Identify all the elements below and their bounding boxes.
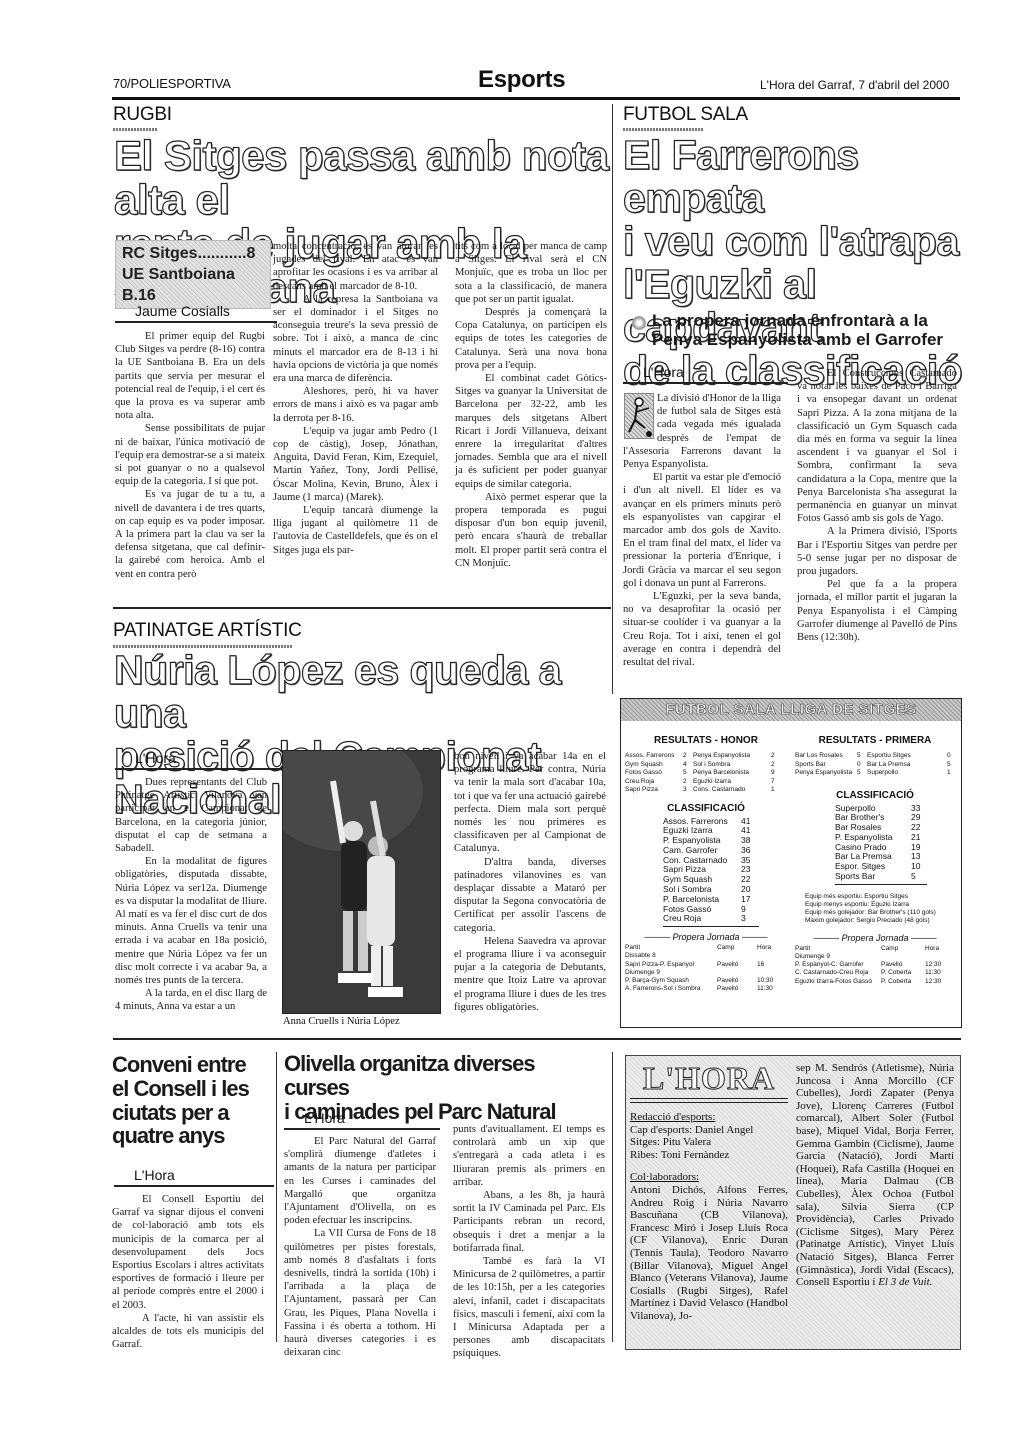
home-team: Sports Bar: [795, 761, 857, 770]
column-divider: [612, 1052, 613, 1342]
venue: Pavelló: [717, 977, 757, 985]
paragraph: punts d'avituallament. El temps es contr…: [453, 1123, 605, 1189]
honor-division: RESULTATS - HONOR Assos. Farrerons2Penya…: [625, 735, 787, 993]
away-team: Sol i Sombra: [693, 761, 771, 770]
away-score: 9: [771, 769, 775, 778]
collab-text: Antoni Dichós, Alfons Ferres, Andreu Roi…: [630, 1184, 788, 1323]
paragraph: Es va jugar de tu a tu, a nivell de dava…: [115, 488, 265, 580]
paragraph: A l'acte, hi van assistir els alcaldes d…: [112, 1312, 264, 1352]
ribes-value: Toni Fernàndez: [661, 1149, 730, 1161]
match: C. Castarnado-Creu Roja: [795, 969, 881, 977]
next-round-label: Propera Jornada: [672, 932, 739, 942]
next-round-row: Sapri Pizza-P. EspanyolPavelló16: [625, 961, 787, 969]
next-round-header: PartitCampHora: [795, 945, 955, 953]
ribes-label: Ribes:: [630, 1149, 658, 1161]
away-team: Esportiu Sitges: [867, 752, 947, 761]
away-score: 1: [947, 769, 951, 778]
match: P. Espanyol-C. Garrofer: [795, 961, 881, 969]
result-row: Sapri Pizza3Cons. Castarnado1: [625, 786, 787, 795]
paragraph: Sense possibilitats de pujar ni de baixa…: [115, 422, 265, 488]
olivella-col1: El Parc Natural del Garraf s'omplirà diu…: [284, 1135, 436, 1359]
section-label-rugbi: RUGBI: [113, 104, 172, 126]
headline-line: ciutats per a: [112, 1101, 272, 1125]
paragraph: bon nivell i va acabar 14a en el program…: [454, 750, 606, 856]
honor-results-title: RESULTATS - HONOR: [625, 735, 787, 746]
home-score: 5: [857, 752, 867, 761]
match: Diumenge 9: [795, 953, 881, 961]
award-line: Màxim golejador: Sergio Preciado (48 gol…: [805, 917, 955, 925]
headline-line: El Farrerons empata: [623, 134, 973, 220]
points: 5: [911, 872, 916, 882]
league-table-title: FUTBOL SALA LLIGA DE SITGES: [621, 699, 961, 721]
col-header: Hora: [757, 944, 771, 952]
home-score: 0: [857, 761, 867, 770]
away-score: 7: [771, 778, 775, 787]
credits-box: L'HORA Redacció d'esports: Cap d'esports…: [625, 1055, 961, 1350]
venue: [881, 953, 925, 961]
credits-col1: L'HORA Redacció d'esports: Cap d'esports…: [630, 1060, 788, 1323]
result-row: Creu Roja2Eguzki Izarra7: [625, 778, 787, 787]
match: Sapri Pizza-P. Espanyol: [625, 961, 717, 969]
skaters-photo: [282, 750, 441, 1014]
primera-results: Bar Los Rosales5Esportiu Sitges0 Sports …: [795, 752, 955, 778]
home-score: 3: [683, 786, 693, 795]
paragraph: L'Eguzki, per la seva banda, no va desap…: [623, 590, 781, 669]
away-team: Cons. Castarnado: [693, 786, 771, 795]
paragraph: La divisió d'Honor de la lliga de futbol…: [623, 392, 781, 471]
next-round-row: P. Espanyol-C. GarroferPavelló12:30: [795, 961, 955, 969]
time: 10:30: [757, 977, 773, 985]
paragraph: A la represa la Santboiana va ser el dom…: [273, 293, 438, 385]
team-name: Sports Bar: [835, 872, 911, 882]
section-label-futbol-sala: FUTBOL SALA: [623, 104, 748, 126]
venue: P. Coberta: [881, 978, 925, 986]
result-row: Penya Espanyolista5Superpollo1: [795, 769, 955, 778]
home-score: 5: [683, 769, 693, 778]
ribes-line: Ribes: Toni Fernàndez: [630, 1149, 788, 1162]
paragraph: La VII Cursa de Fons de 18 quilòmetres p…: [284, 1227, 436, 1359]
redaccio-block: Redacció d'esports: Cap d'esports: Danie…: [630, 1111, 788, 1323]
cap-line: Cap d'esports: Daniel Angel: [630, 1124, 788, 1137]
sitges-line: Sitges: Pitu Valera: [630, 1136, 788, 1149]
home-team: Fotos Gassó: [625, 769, 683, 778]
away-team: Eguzki Izarra: [693, 778, 771, 787]
home-team: Sapri Pizza: [625, 786, 683, 795]
paragraph: Això permet esperar que la propera tempo…: [455, 491, 607, 570]
subhead-line: La propera jornada enfrontarà a la: [652, 311, 943, 330]
away-score: 5: [947, 761, 951, 770]
paragraph: En la modalitat de figures obligatòries,…: [115, 855, 267, 987]
home-score: 5: [857, 769, 867, 778]
paragraph: tits com a local per manca de camp a Sit…: [455, 240, 607, 306]
headline-line: quatre anys: [112, 1124, 272, 1148]
award-line: Equip més golejador: Bar Brother's (110 …: [805, 909, 955, 917]
points: 3: [741, 914, 746, 924]
paragraph: Dues representants del Club Patinatge Ar…: [115, 776, 267, 855]
primera-division: RESULTATS - PRIMERA Bar Los Rosales5Espo…: [795, 735, 955, 986]
primera-next-round-title: ──── Propera Jornada ────: [795, 933, 955, 943]
bullet-icon: [632, 316, 646, 330]
cap-label: Cap d'esports:: [630, 1124, 692, 1136]
paragraph: Després ja començarà la Copa Catalunya, …: [455, 306, 607, 372]
sitges-label: Sitges:: [630, 1136, 660, 1148]
patinatge-col3: bon nivell i va acabar 14a en el program…: [454, 750, 606, 1014]
time: 16: [757, 961, 764, 969]
team-name: Creu Roja: [663, 914, 741, 924]
next-round-header: PartitCampHora: [625, 944, 787, 952]
paragraph: El Construccions Castarnado va notar les…: [797, 367, 957, 525]
paragraph: El Consell Esportiu del Garraf va signar…: [112, 1193, 264, 1312]
rugbi-col3: tits com a local per manca de camp a Sit…: [455, 240, 607, 570]
home-team: Penya Espanyolista: [795, 769, 857, 778]
honor-next-round-title: ──── Propera Jornada ────: [625, 932, 787, 942]
credits-col2: sep M. Sendrós (Atletisme), Núria Juncos…: [796, 1062, 954, 1289]
publication-date: L'Hora del Garraf, 7 d'abril del 2000: [760, 78, 949, 92]
paragraph: El partit va estar ple d'emoció i d'un a…: [623, 471, 781, 590]
match: P. Barça-Gym Squash: [625, 977, 717, 985]
futbol-sala-headline: El Farrerons empata i veu com l'atrapa l…: [623, 134, 973, 392]
away-team: Penya Espanyolista: [693, 752, 771, 761]
home-team: Creu Roja: [625, 778, 683, 787]
rugbi-byline: Jaume Cosialls: [115, 303, 277, 323]
article-rule: [113, 607, 611, 609]
time: 12:30: [925, 961, 941, 969]
next-round-row: Dissabte 8: [625, 952, 787, 960]
primera-next-round-table: PartitCampHora Diumenge 9 P. Espanyol-C.…: [795, 945, 955, 986]
paragraph: Helena Saavedra va aprovar el programa l…: [454, 935, 606, 1014]
honor-results: Assos. Farrerons2Penya Espanyolista2 Gym…: [625, 752, 787, 795]
home-team: Assos. Farrerons: [625, 752, 683, 761]
award-line: Equip més esportiu: Esportiu Sitges: [805, 893, 955, 901]
sitges-value: Pitu Valera: [663, 1136, 711, 1148]
home-score: 2: [683, 752, 693, 761]
primera-results-title: RESULTATS - PRIMERA: [795, 735, 955, 746]
patinatge-byline: L'Hora: [115, 750, 283, 770]
paragraph: L'equip tancarà diumenge la lliga jugant…: [273, 504, 438, 557]
masthead-rule: [112, 97, 960, 100]
rugbi-scorebox: RC Sitges...........8 UE Santboiana B.16: [115, 240, 271, 309]
futbol-sala-subhead: La propera jornada enfrontarà a la Penya…: [652, 311, 943, 349]
match: Diumenge 9: [625, 969, 717, 977]
standings-row: Creu Roja3: [663, 914, 759, 924]
away-team: Bar La Premsa: [867, 761, 947, 770]
paragraph: molta concentració, es van aturar les ju…: [273, 240, 438, 293]
conveni-byline: L'Hora: [114, 1167, 274, 1187]
result-row: Fotos Gassó5Penya Barcelonista9: [625, 769, 787, 778]
venue: Pavelló: [717, 961, 757, 969]
photo-caption: Anna Cruells i Núria López: [283, 1016, 400, 1027]
home-score: 4: [683, 761, 693, 770]
collab-text: sep M. Sendrós (Atletisme), Núria Juncos…: [796, 1062, 954, 1288]
headline-line: El Sitges passa amb nota alta el: [114, 134, 614, 222]
venue: Pavelló: [881, 961, 925, 969]
headline-line: Núria López es queda a una: [114, 649, 614, 735]
dropcap-spacer: [623, 392, 657, 438]
home-team: Gym Squash: [625, 761, 683, 770]
league-table-box: FUTBOL SALA LLIGA DE SITGES RESULTATS - …: [620, 698, 962, 1028]
venue: [717, 952, 757, 960]
away-team: Penya Barcelonista: [693, 769, 771, 778]
lhora-logo: L'HORA: [630, 1060, 788, 1096]
paragraph: D'altra banda, diverses patinadores vila…: [454, 856, 606, 935]
score-line-santboiana: UE Santboiana B.16: [122, 264, 264, 306]
collab-tail: El 3 de Vuit.: [878, 1276, 932, 1288]
venue: [717, 969, 757, 977]
venue: P. Coberta: [881, 969, 925, 977]
col-header: Camp: [881, 945, 925, 953]
section-underline: [623, 128, 703, 131]
next-round-row: Diumenge 9: [795, 953, 955, 961]
next-round-row: A. Farrerons-Sol i SombraPavelló11:30: [625, 985, 787, 993]
skaters-image-icon: [283, 751, 440, 1013]
time: 11:30: [925, 969, 941, 977]
olivella-byline: L'Hora: [284, 1110, 440, 1130]
olivella-col2: punts d'avituallament. El temps es contr…: [453, 1123, 605, 1361]
paragraph: El combinat cadet Gòtics-Sitges va guany…: [455, 372, 607, 491]
home-team: Bar Los Rosales: [795, 752, 857, 761]
result-row: Gym Squash4Sol i Sombra2: [625, 761, 787, 770]
headline-line: Conveni entre: [112, 1053, 272, 1077]
futbol-sala-byline: L'Hora: [623, 364, 788, 384]
result-row: Assos. Farrerons2Penya Espanyolista2: [625, 752, 787, 761]
honor-standings-title: CLASSIFICACIÓ: [625, 803, 787, 814]
section-label-patinatge: PATINATGE ARTÍSTIC: [113, 620, 302, 642]
futbol-sala-col1: La divisió d'Honor de la lliga de futbol…: [623, 392, 781, 669]
honor-standings: Assos. Farrerons41 Eguzki Izarra41 P. Es…: [663, 817, 759, 928]
away-team: Superpollo: [867, 769, 947, 778]
primera-standings-title: CLASSIFICACIÓ: [795, 790, 955, 801]
honor-next-round-table: PartitCampHora Dissabte 8 Sapri Pizza-P.…: [625, 944, 787, 993]
headline-line: Olivella organitza diverses curses: [284, 1052, 604, 1100]
headline-line: i veu com l'atrapa: [623, 220, 973, 263]
col-header: Camp: [717, 944, 757, 952]
patinatge-col1: Dues representants del Club Patinatge Ar…: [115, 776, 267, 1014]
paragraph: Abans, a les 8h, ja haurà sortit la IV C…: [453, 1189, 605, 1255]
home-score: 2: [683, 778, 693, 787]
time: 12:30: [925, 978, 941, 986]
rugbi-col2: molta concentració, es van aturar les ju…: [273, 240, 438, 557]
paragraph: A la tarda, en el disc llarg de 4 minuts…: [115, 987, 267, 1013]
redaccio-label: Redacció d'esports:: [630, 1111, 788, 1124]
time: 11:30: [757, 985, 773, 993]
headline-line: el Consell i les: [112, 1077, 272, 1101]
match: A. Farrerons-Sol i Sombra: [625, 985, 717, 993]
collab-label: Col·laboradors:: [630, 1171, 788, 1184]
next-round-row: P. Barça-Gym SquashPavelló10:30: [625, 977, 787, 985]
score-line-sitges: RC Sitges...........8: [122, 243, 264, 264]
article-rule: [113, 1038, 961, 1040]
section-underline: [113, 128, 158, 131]
next-round-row: Diumenge 9: [625, 969, 787, 977]
conveni-headline: Conveni entre el Consell i les ciutats p…: [112, 1053, 272, 1148]
next-round-label: Propera Jornada: [841, 933, 908, 943]
col-header: Hora: [925, 945, 939, 953]
paragraph: L'equip va jugar amb Pedro (1 cop de càs…: [273, 425, 438, 504]
col-header: Partit: [795, 945, 881, 953]
away-score: 0: [947, 752, 951, 761]
venue: Pavelló: [717, 985, 757, 993]
cap-value: Daniel Angel: [695, 1124, 753, 1136]
match: Dissabte 8: [625, 952, 717, 960]
logo-rule: [630, 1098, 788, 1103]
result-row: Bar Los Rosales5Esportiu Sitges0: [795, 752, 955, 761]
column-divider: [276, 1052, 277, 1342]
away-score: 1: [771, 786, 775, 795]
paragraph: Aleshores, però, hi va haver errors de m…: [273, 385, 438, 425]
primera-awards: Equip més esportiu: Esportiu Sitges Equi…: [805, 893, 955, 926]
paragraph: El primer equip del Rugbi Club Sitges va…: [115, 330, 265, 422]
page-section-label: 70/POLIESPORTIVA: [113, 76, 231, 91]
col-header: Partit: [625, 944, 717, 952]
award-line: Equip menys esportiu: Eguzki Izarra: [805, 901, 955, 909]
futbol-sala-col2: El Construccions Castarnado va notar les…: [797, 367, 957, 644]
match: Eguzki Izarra-Fotos Gassó: [795, 978, 881, 986]
away-score: 2: [771, 752, 775, 761]
conveni-body: El Consell Esportiu del Garraf va signar…: [112, 1193, 264, 1351]
subhead-line: Penya Espanyolista amb el Garrofer: [652, 330, 943, 349]
standings-row: Sports Bar5: [835, 872, 927, 882]
paragraph: Pel que fa a la propera jornada, el mill…: [797, 578, 957, 644]
result-row: Sports Bar0Bar La Premsa5: [795, 761, 955, 770]
paragraph: El Parc Natural del Garraf s'omplirà diu…: [284, 1135, 436, 1227]
rugbi-col1: El primer equip del Rugbi Club Sitges va…: [115, 330, 265, 581]
paragraph: A la Primera divisió, l'Sports Bar i l'E…: [797, 525, 957, 578]
away-score: 2: [771, 761, 775, 770]
paragraph: També es farà la VI Minicursa de 2 quilò…: [453, 1255, 605, 1361]
primera-standings: Superpollo33 Bar Brother's29 Bar Rosales…: [835, 804, 927, 885]
next-round-row: Eguzki Izarra-Fotos GassóP. Coberta12:30: [795, 978, 955, 986]
next-round-row: C. Castarnado-Creu RojaP. Coberta11:30: [795, 969, 955, 977]
section-title: Esports: [478, 66, 565, 94]
